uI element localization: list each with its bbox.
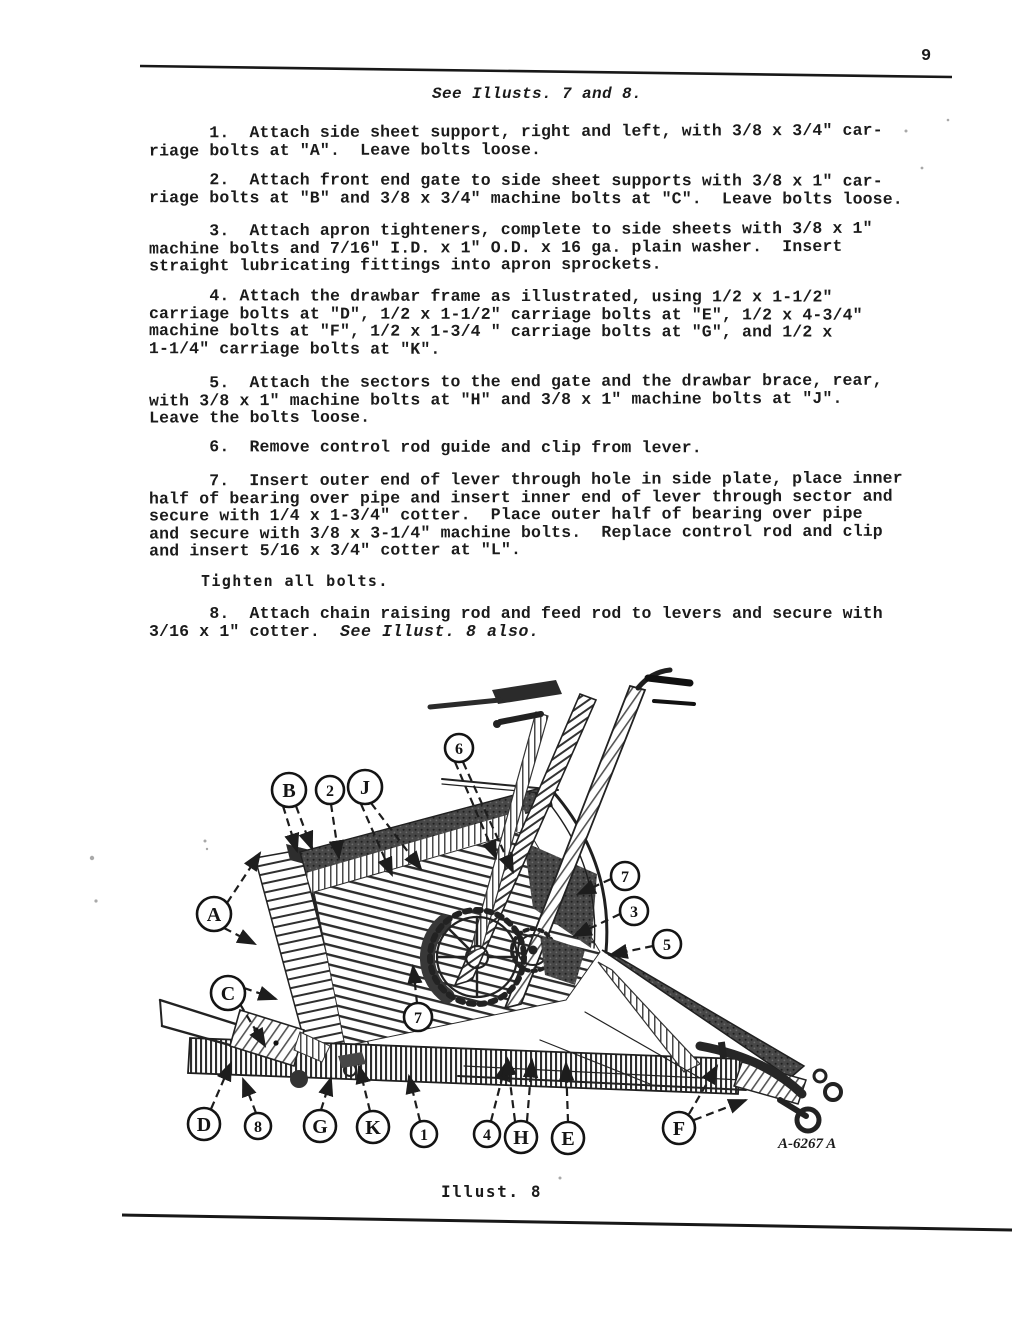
- callout-label: F: [673, 1118, 685, 1140]
- leader-line: [409, 1076, 420, 1121]
- figure-code: A-6267 A: [777, 1136, 836, 1152]
- leader-line: [694, 1100, 746, 1120]
- callout-label: E: [561, 1128, 574, 1150]
- callout-label: J: [360, 777, 370, 799]
- callout-label: B: [282, 780, 295, 802]
- callout-label: 3: [630, 904, 638, 921]
- figure-caption: Illust. 8: [441, 1182, 542, 1201]
- callout-8: 8: [243, 1079, 271, 1139]
- callout-label: K: [365, 1117, 381, 1139]
- leader-line: [243, 1079, 256, 1113]
- manual-page: 9 See Illusts. 7 and 8. 1. Attach side s…: [0, 0, 1024, 1325]
- scan-specks: [90, 119, 950, 1180]
- leader-line: [296, 806, 312, 849]
- spreader-drawing: [160, 670, 841, 1131]
- callout-label: H: [513, 1127, 529, 1149]
- callout-1: 1: [409, 1076, 437, 1147]
- leader-line: [283, 806, 297, 851]
- callout-A: A: [197, 853, 260, 944]
- callout-label: 7: [621, 869, 629, 886]
- callout-B: B: [272, 773, 312, 851]
- callout-label: G: [312, 1116, 328, 1138]
- callout-label: 5: [663, 937, 671, 954]
- callout-label: 1: [420, 1127, 428, 1144]
- callout-label: C: [221, 983, 235, 1005]
- callout-label: 2: [326, 783, 334, 800]
- callout-label: A: [207, 904, 222, 926]
- leader-line: [224, 928, 255, 944]
- callout-5: 5: [610, 930, 681, 958]
- callout-G: G: [304, 1078, 336, 1142]
- callout-label: 6: [455, 741, 463, 758]
- illustration: B2J6735AC7D8GK14HEF A-6267 A: [0, 0, 1024, 1325]
- callout-label: D: [197, 1114, 211, 1136]
- leader-line: [244, 988, 276, 999]
- callout-label: 7: [414, 1010, 422, 1027]
- callout-label: 8: [254, 1119, 262, 1136]
- leader-line: [321, 1078, 331, 1110]
- callout-label: 4: [483, 1127, 491, 1144]
- leader-line: [610, 946, 653, 955]
